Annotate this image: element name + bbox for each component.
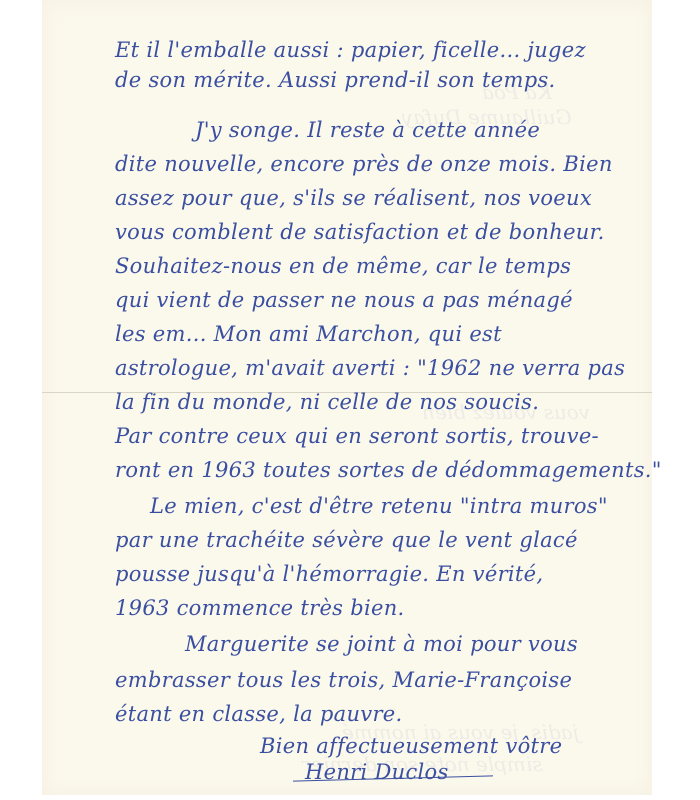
letter-line: 1963 commence très bien.	[115, 596, 405, 620]
letter-line: Par contre ceux qui en seront sortis, tr…	[115, 424, 599, 448]
paragraph-start-line: Le mien, c'est d'être retenu "intra muro…	[150, 494, 608, 518]
letter-line: la fin du monde, ni celle de nos soucis.	[115, 390, 539, 414]
letter-line: étant en classe, la pauvre.	[115, 702, 403, 726]
letter-line: Souhaitez-nous en de même, car le temps	[115, 254, 571, 278]
letter-line: ront en 1963 toutes sortes de dédommagem…	[115, 458, 662, 482]
letter-body: Et il l'emballe aussi : papier, ficelle.…	[0, 0, 700, 800]
letter-line: assez pour que, s'ils se réalisent, nos …	[115, 186, 592, 210]
letter-line: embrasser tous les trois, Marie-François…	[115, 668, 572, 692]
letter-line: dite nouvelle, encore près de onze mois.…	[115, 152, 613, 176]
letter-line: qui vient de passer ne nous a pas ménagé	[115, 288, 573, 312]
letter-line: vous comblent de satisfaction et de bonh…	[115, 220, 605, 244]
paragraph-start-line: Marguerite se joint à moi pour vous	[185, 632, 578, 656]
paragraph-start-line: J'y songe. Il reste à cette année	[195, 118, 540, 142]
letter-line: de son mérite. Aussi prend-il son temps.	[115, 68, 556, 92]
closing-line: Bien affectueusement vôtre	[260, 734, 562, 758]
letter-line: Et il l'emballe aussi : papier, ficelle.…	[115, 38, 586, 62]
letter-line: pousse jusqu'à l'hémorragie. En vérité,	[115, 562, 543, 586]
letter-line: les em... Mon ami Marchon, qui est	[115, 322, 502, 346]
letter-line: par une trachéite sévère que le vent gla…	[115, 528, 578, 552]
letter-line: astrologue, m'avait averti : "1962 ne ve…	[115, 356, 625, 380]
